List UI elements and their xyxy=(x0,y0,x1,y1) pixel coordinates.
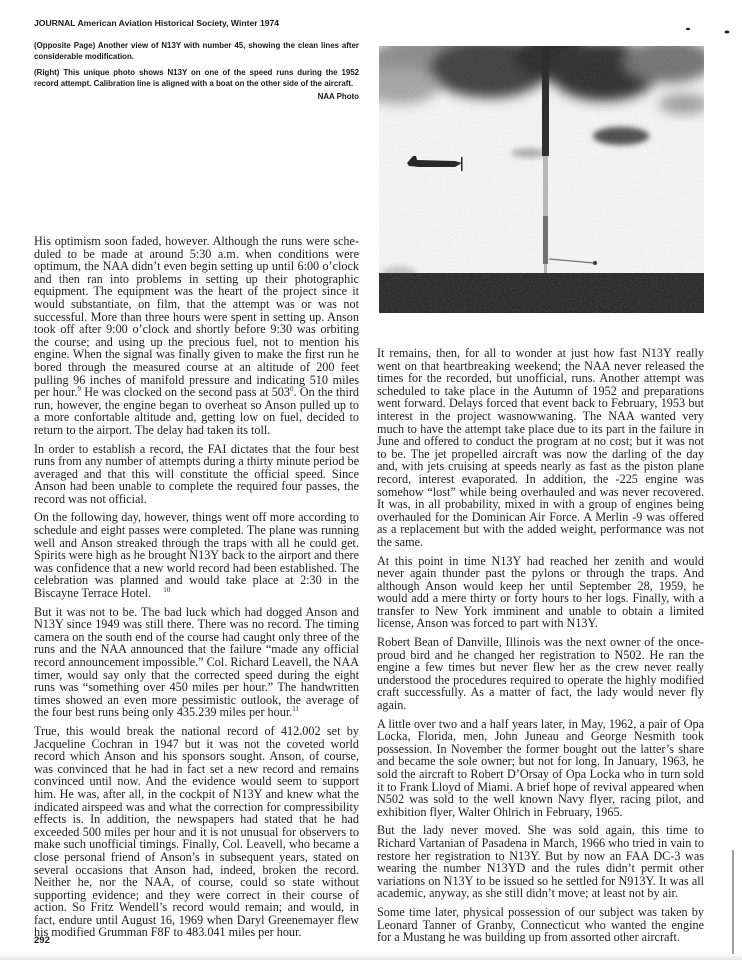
page-edge-mark xyxy=(732,850,734,955)
page-bottom-shade xyxy=(0,954,742,960)
scan-specks xyxy=(0,0,742,960)
